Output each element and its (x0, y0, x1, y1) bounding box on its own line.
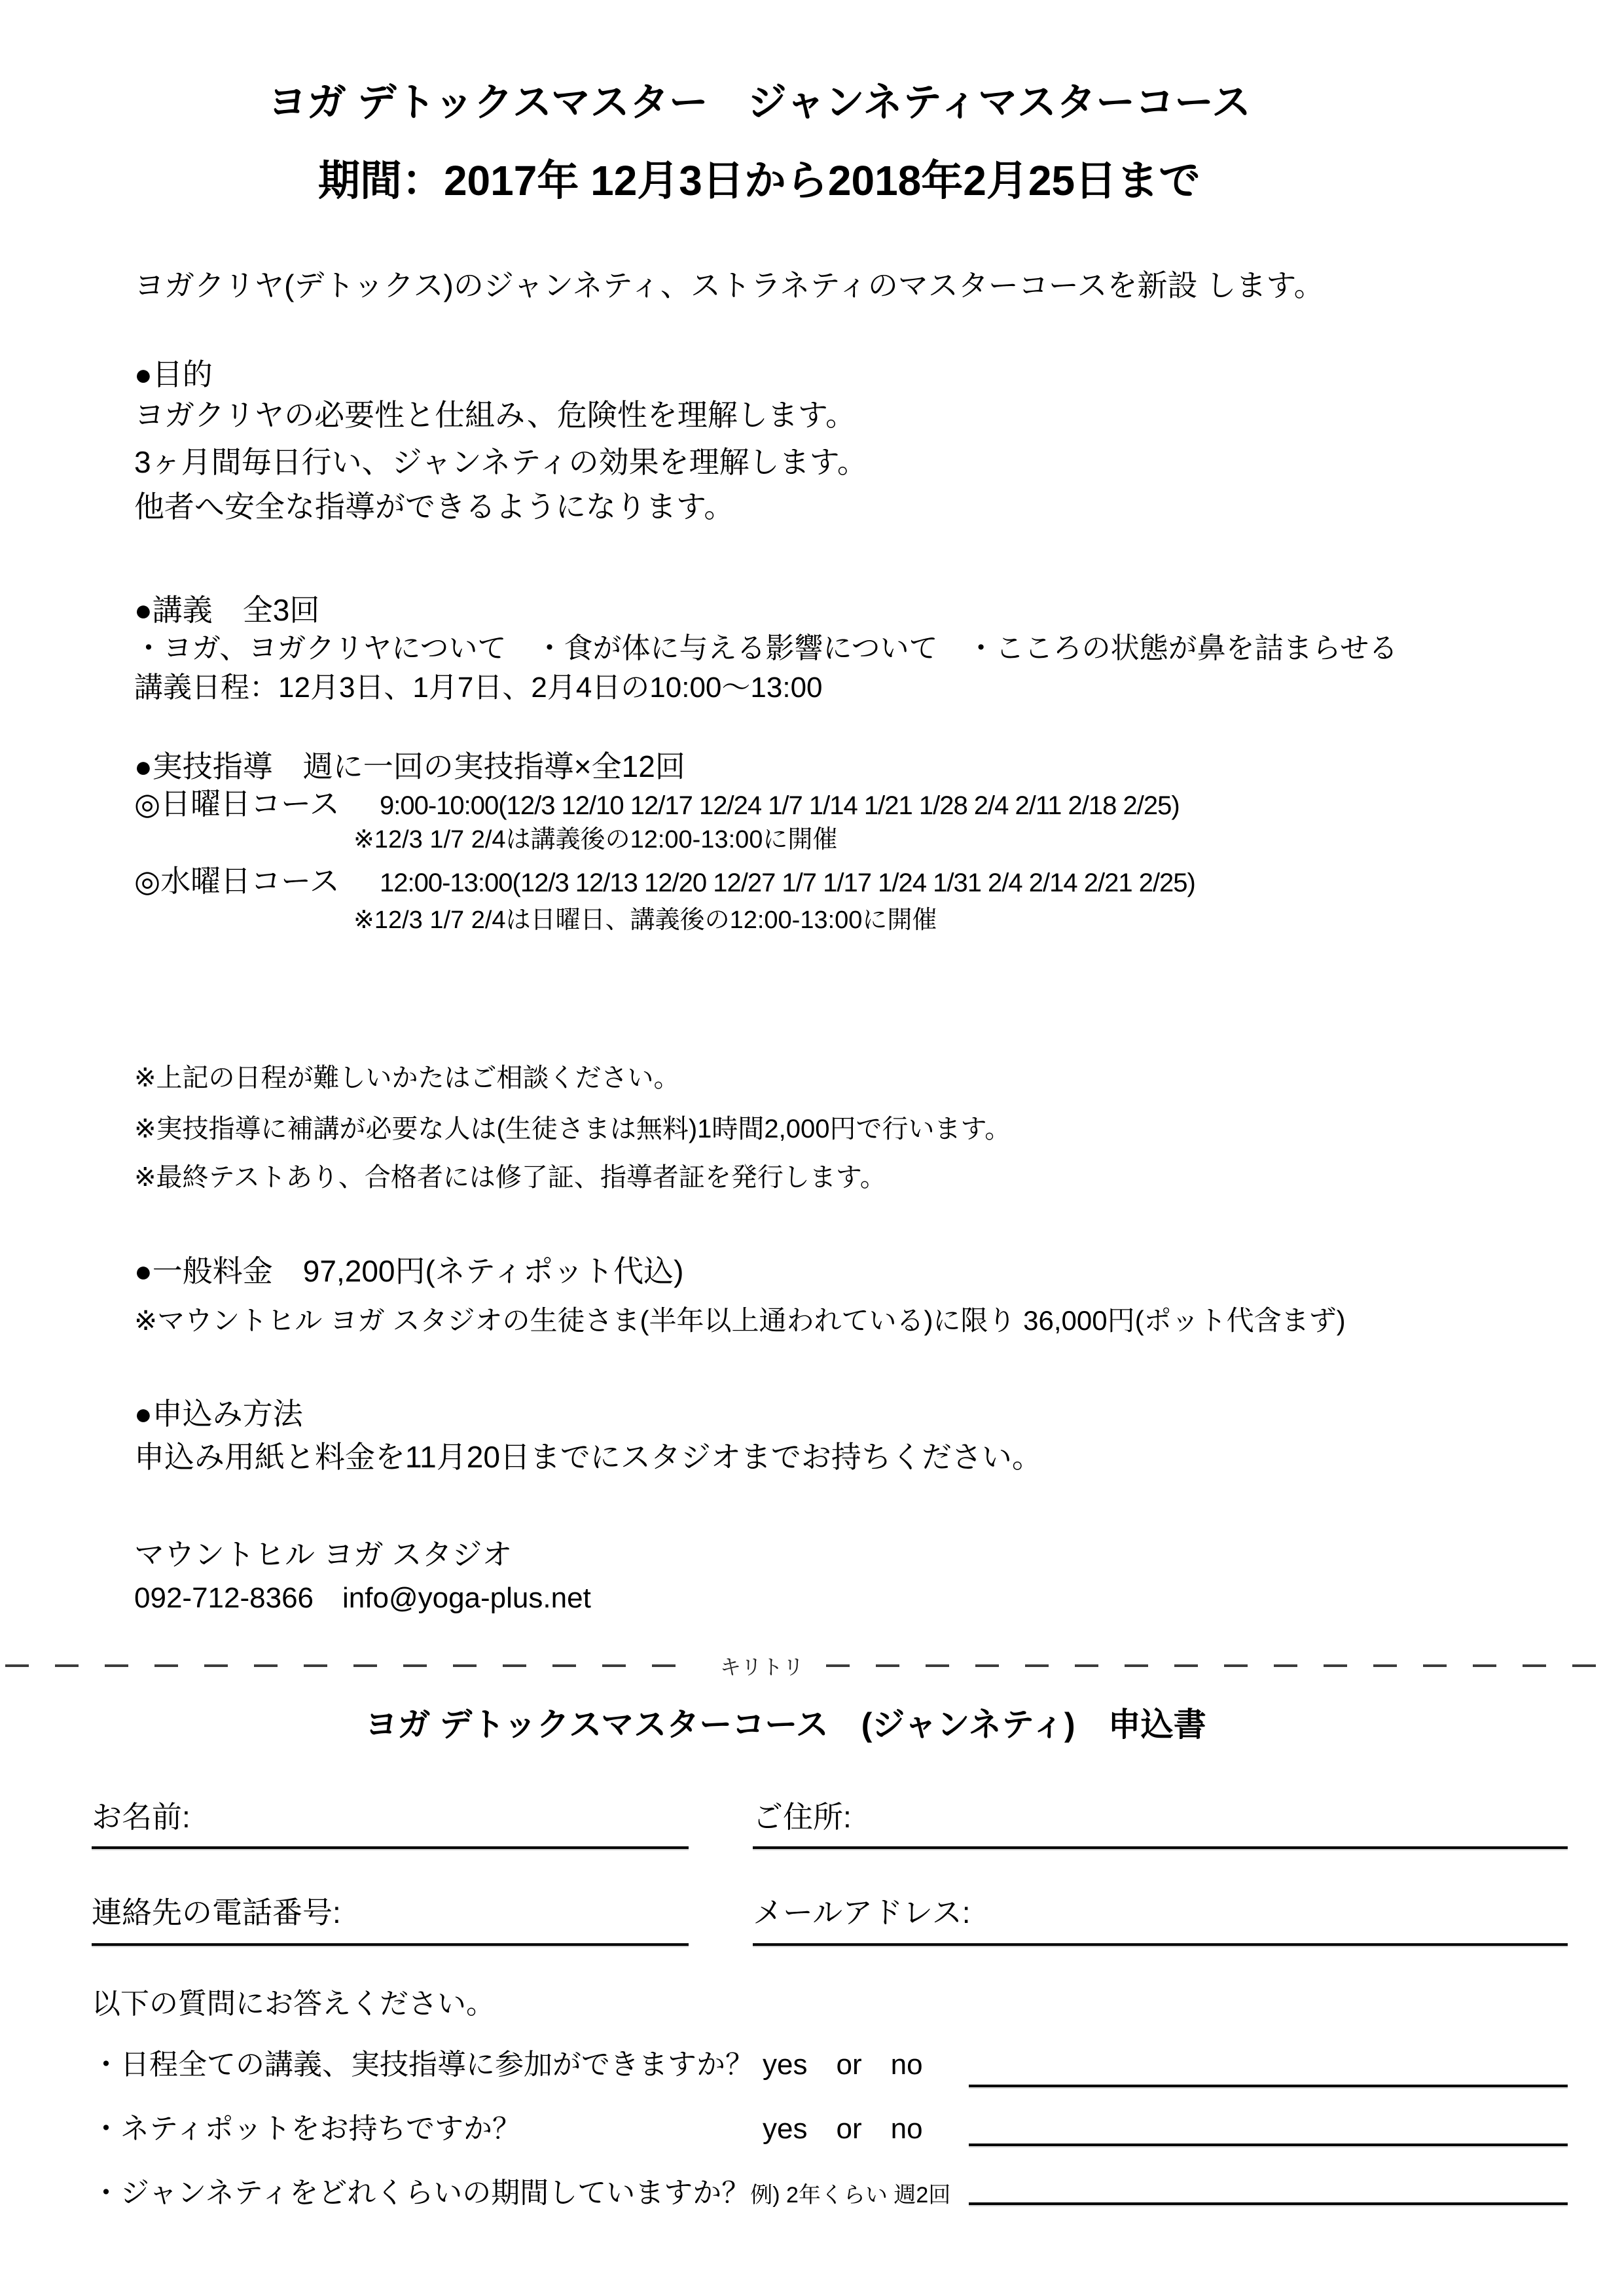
studio-name: マウントヒル ヨガ スタジオ (134, 1537, 513, 1572)
intro-text: ヨガクリヤ(デトックス)のジャンネティ、ストラネティのマスターコースを新設 しま… (134, 268, 1324, 303)
answer-line (969, 2085, 1568, 2087)
question-row: ・ジャンネティをどれくらいの期間していますか？例) 2年くらい 週2回 (92, 2177, 950, 2210)
sunday-course-label: ◎日曜日コース (134, 787, 380, 821)
wednesday-course-row: ◎水曜日コース 12:00-13:00(12/3 12/13 12/20 12/… (134, 864, 1195, 899)
sunday-course-time: 9:00-10:00(12/3 12/10 12/17 12/24 1/7 1/… (380, 791, 1180, 821)
question-label: ・ネティポットをお持ちですか？ (92, 2113, 521, 2146)
cut-line-dash (5, 1664, 698, 1667)
purpose-line: ヨガクリヤの必要性と仕組み、危険性を理解します。 (134, 398, 856, 433)
address-field-line (753, 1846, 1568, 1849)
wednesday-course-note: ※12/3 1/7 2/4は日曜日、講義後の12:00-13:00に開催 (353, 906, 937, 935)
question-label: ・ジャンネティをどれくらいの期間していますか？ (92, 2177, 750, 2209)
cut-line: キリトリ (5, 1654, 1619, 1677)
email-field-label: メールアドレス: (753, 1895, 970, 1930)
name-field-line (92, 1846, 689, 1849)
course-period: 期間：2017年 12月3日から2018年2月25日まで (0, 157, 1519, 206)
phone-field-label: 連絡先の電話番号: (92, 1895, 341, 1930)
apply-heading: ●申込み方法 (134, 1397, 303, 1431)
fee-heading: ●一般料金 97,200円(ネティポット代込) (134, 1254, 683, 1289)
question-example: 例) 2年くらい 週2回 (750, 2183, 950, 2208)
question-options: yes or no (763, 2049, 923, 2082)
practice-heading: ●実技指導 週に一回の実技指導×全12回 (134, 749, 685, 784)
email-field-line (753, 1943, 1568, 1946)
fee-note: ※マウントヒル ヨガ スタジオの生徒さま(半年以上通われている)に限り 36,0… (134, 1305, 1346, 1336)
sunday-course-note: ※12/3 1/7 2/4は講義後の12:00-13:00に開催 (353, 826, 837, 855)
wednesday-course-time: 12:00-13:00(12/3 12/13 12/20 12/27 1/7 1… (380, 868, 1195, 898)
questions-instruction: 以下の質問にお答えください。 (92, 1988, 495, 2021)
question-label: ・日程全ての講義、実技指導に参加ができますか？ (92, 2049, 754, 2082)
note-line: ※実技指導に補講が必要な人は(生徒さまは無料)1時間2,000円で行います。 (134, 1114, 1011, 1144)
answer-line (969, 2144, 1568, 2146)
lecture-schedule: 講義日程：12月3日、1月7日、2月4日の10:00～13:00 (134, 672, 823, 705)
note-line: ※上記の日程が難しいかたはご相談ください。 (134, 1063, 680, 1093)
studio-contact: 092-712-8366 info@yoga-plus.net (134, 1582, 591, 1615)
cut-line-dash (826, 1664, 1619, 1667)
purpose-heading: ●目的 (134, 357, 213, 392)
lecture-heading: ●講義 全3回 (134, 593, 319, 628)
name-field-label: お名前: (92, 1800, 190, 1835)
question-options: yes or no (763, 2113, 923, 2146)
phone-field-line (92, 1943, 689, 1946)
address-field-label: ご住所: (753, 1800, 852, 1835)
answer-line (969, 2202, 1568, 2205)
purpose-line: 他者へ安全な指導ができるようになります。 (134, 490, 734, 524)
form-title: ヨガ デトックスマスターコース (ジャンネティ) 申込書 (0, 1706, 1571, 1744)
flyer-page: ヨガ デトックスマスター ジャンネティマスターコース 期間：2017年 12月3… (0, 0, 1624, 2296)
note-line: ※最終テストあり、合格者には修了証、指導者証を発行します。 (134, 1162, 886, 1193)
lecture-topics: ・ヨガ、ヨガクリヤについて ・食が体に与える影響について ・こころの状態が鼻を詰… (134, 632, 1398, 666)
cut-line-label: キリトリ (720, 1651, 804, 1681)
course-title: ヨガ デトックスマスター ジャンネティマスターコース (0, 80, 1519, 125)
purpose-line: 3ヶ月間毎日行い、ジャンネティの効果を理解します。 (134, 445, 867, 480)
wednesday-course-label: ◎水曜日コース (134, 864, 380, 899)
apply-instruction: 申込み用紙と料金を11月20日までにスタジオまでお持ちください。 (134, 1440, 1042, 1475)
sunday-course-row: ◎日曜日コース 9:00-10:00(12/3 12/10 12/17 12/2… (134, 787, 1180, 821)
